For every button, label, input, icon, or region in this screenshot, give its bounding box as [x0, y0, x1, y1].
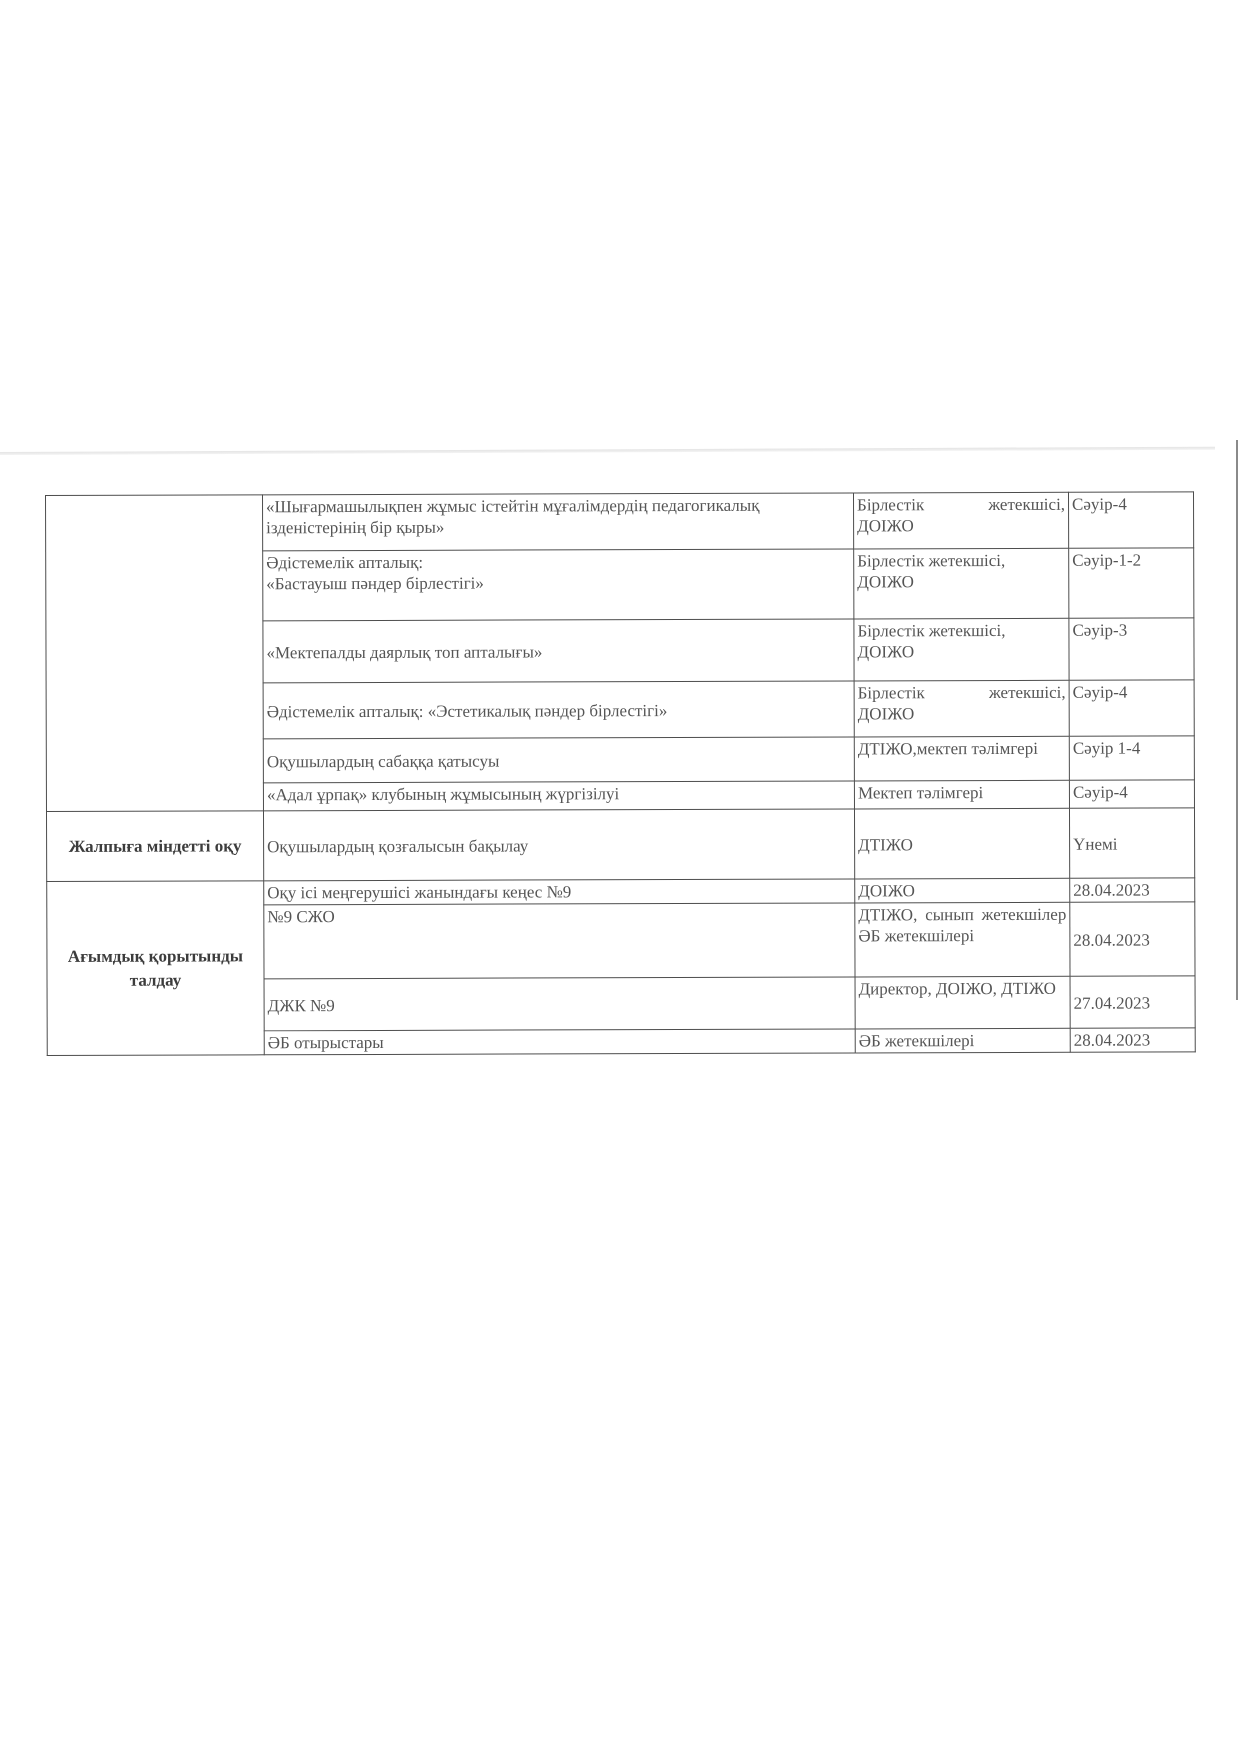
table-row: «Шығармашылықпен жұмыс істейтін мұғалімд… — [46, 492, 1194, 552]
responsible-cell: Бірлестік жетекшісі, ДОІЖО — [854, 680, 1069, 737]
deadline-cell: Сәуір-3 — [1069, 618, 1194, 680]
table-row: Жалпыға міндетті оқу Оқушылардың қозғалы… — [46, 808, 1194, 882]
section-title-cell: Ағымдық қорытынды талдау — [47, 881, 265, 1056]
responsible-cell: ДТІЖО, сынып жетекшілер ӘБ жетекшілері — [855, 902, 1070, 977]
deadline-cell: 27.04.2023 — [1070, 976, 1195, 1028]
activity-cell: «Адал ұрпақ» клубының жұмысының жүргізіл… — [263, 781, 854, 811]
activity-cell: ӘБ отырыстары — [264, 1029, 855, 1055]
scan-page-edge — [0, 447, 1215, 455]
activity-cell: «Шығармашылықпен жұмыс істейтін мұғалімд… — [263, 493, 854, 551]
responsible-cell: Бірлестік жетекшісі, ДОІЖО — [854, 548, 1069, 619]
deadline-cell: 28.04.2023 — [1070, 1028, 1195, 1052]
deadline-cell: Сәуір-4 — [1069, 780, 1194, 808]
activity-cell: ДЖК №9 — [264, 977, 855, 1031]
activity-cell: Оқу ісі меңгерушісі жанындағы кеңес №9 — [264, 879, 855, 905]
deadline-cell: 28.04.2023 — [1070, 878, 1195, 902]
responsible-cell: Директор, ДОІЖО, ДТІЖО — [855, 976, 1070, 1029]
responsible-cell: Мектеп тәлімгері — [854, 780, 1069, 809]
deadline-cell: Үнемі — [1069, 808, 1194, 878]
deadline-cell: Сәуір-1-2 — [1069, 548, 1194, 618]
deadline-cell: 28.04.2023 — [1070, 902, 1195, 976]
scan-side-edge — [1236, 440, 1238, 1000]
activity-cell: «Мектепалды даярлық топ апталығы» — [263, 619, 854, 683]
responsible-cell: ӘБ жетекшілері — [855, 1028, 1070, 1053]
deadline-cell: Сәуір-4 — [1068, 492, 1193, 548]
activity-cell: Әдістемелік апталық: «Эстетикалық пәндер… — [263, 681, 854, 739]
responsible-cell: ДТІЖО — [854, 808, 1069, 879]
activity-cell: №9 СЖО — [264, 903, 855, 979]
deadline-cell: Сәуір 1-4 — [1069, 736, 1194, 780]
section-title-cell — [46, 495, 264, 812]
activity-cell: Оқушылардың қозғалысын бақылау — [263, 809, 854, 881]
responsible-cell: Бірлестік жетекшісі, ДОІЖО — [853, 492, 1068, 549]
activity-cell: Оқушылардың сабаққа қатысуы — [263, 737, 854, 783]
work-plan-table: «Шығармашылықпен жұмыс істейтін мұғалімд… — [45, 491, 1196, 1056]
section-title-cell: Жалпыға міндетті оқу — [46, 811, 263, 882]
responsible-cell: ДОІЖО — [855, 878, 1070, 903]
table-row: Ағымдық қорытынды талдау Оқу ісі меңгеру… — [47, 878, 1195, 906]
deadline-cell: Сәуір-4 — [1069, 680, 1194, 736]
responsible-cell: Бірлестік жетекшісі, ДОІЖО — [854, 618, 1069, 681]
activity-cell: Әдістемелік апталық: «Бастауыш пәндер бі… — [263, 549, 854, 621]
responsible-cell: ДТІЖО,мектеп тәлімгері — [854, 736, 1069, 781]
